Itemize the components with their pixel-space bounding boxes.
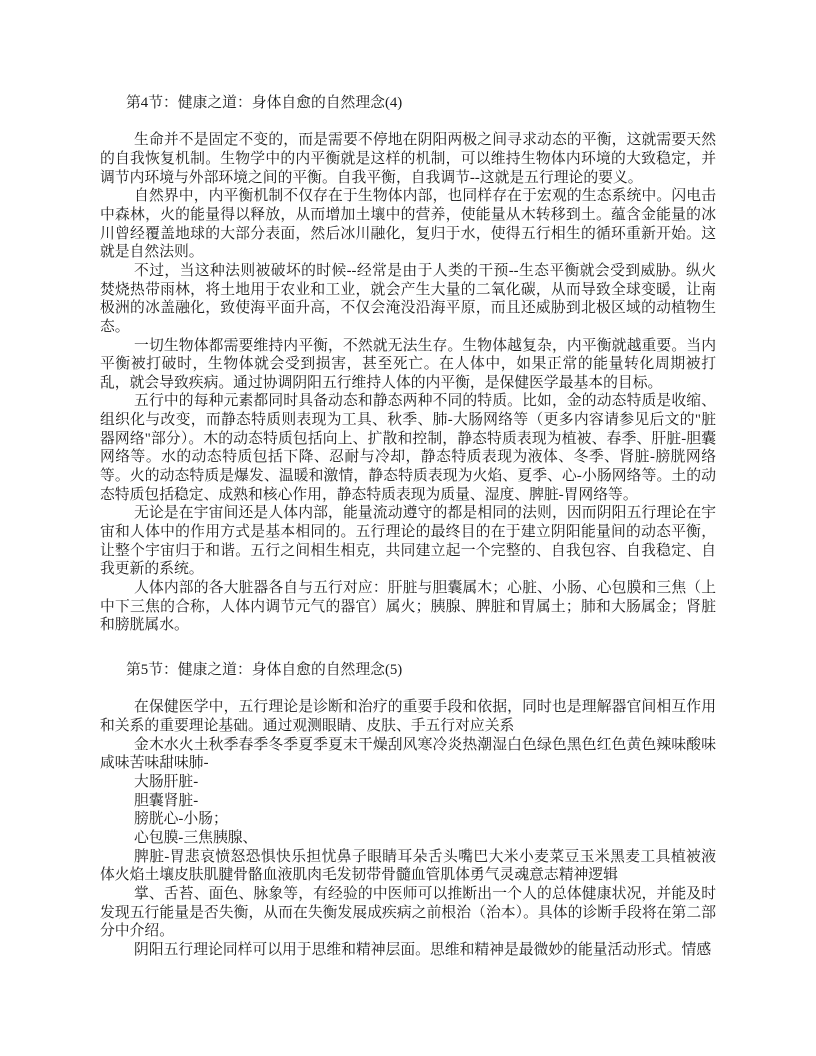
paragraph: 心包膜-三焦胰腺、: [100, 829, 716, 848]
paragraph: 自然界中，内平衡机制不仅存在于生物体内部，也同样存在于宏观的生态系统中。闪电击中…: [100, 187, 716, 262]
paragraph: 无论是在宇宙间还是人体内部，能量流动遵守的都是相同的法则，因而阴阳五行理论在宇宙…: [100, 504, 716, 579]
paragraph: 不过，当这种法则被破坏的时候--经常是由于人类的干预--生态平衡就会受到威胁。纵…: [100, 262, 716, 337]
page-content: 第4节：健康之道：身体自愈的自然理念(4) 生命并不是固定不变的，而是需要不停地…: [100, 94, 716, 960]
section-5: 第5节：健康之道：身体自愈的自然理念(5) 在保健医学中，五行理论是诊断和治疗的…: [100, 661, 716, 959]
paragraph: 大肠肝脏-: [100, 773, 716, 792]
section-5-title: 第5节：健康之道：身体自愈的自然理念(5): [100, 661, 716, 680]
paragraph: 生命并不是固定不变的，而是需要不停地在阴阳两极之间寻求动态的平衡，这就需要天然的…: [100, 131, 716, 187]
section-4: 第4节：健康之道：身体自愈的自然理念(4) 生命并不是固定不变的，而是需要不停地…: [100, 94, 716, 635]
paragraph: 膀胱心-小肠；: [100, 810, 716, 829]
paragraph: 掌、舌苔、面色、脉象等，有经验的中医师可以推断出一个人的总体健康状况，并能及时发…: [100, 885, 716, 941]
paragraph: 在保健医学中，五行理论是诊断和治疗的重要手段和依据，同时也是理解器官间相互作用和…: [100, 698, 716, 735]
paragraph: 胆囊肾脏-: [100, 792, 716, 811]
paragraph: 脾脏-胃悲哀愤怒恐惧快乐担忧鼻子眼睛耳朵舌头嘴巴大米小麦菜豆玉米黑麦工具植被液体…: [100, 848, 716, 885]
document-page: 第4节：健康之道：身体自愈的自然理念(4) 生命并不是固定不变的，而是需要不停地…: [0, 0, 816, 1056]
paragraph: 五行中的每种元素都同时具备动态和静态两种不同的特质。比如，金的动态特质是收缩、组…: [100, 392, 716, 504]
section-4-title: 第4节：健康之道：身体自愈的自然理念(4): [100, 94, 716, 113]
paragraph: 人体内部的各大脏器各自与五行对应：肝脏与胆囊属木；心脏、小肠、心包膜和三焦（上中…: [100, 579, 716, 635]
paragraph: 一切生物体都需要维持内平衡，不然就无法生存。生物体越复杂，内平衡就越重要。当内平…: [100, 337, 716, 393]
paragraph: 金木水火土秋季春季冬季夏季夏末干燥刮风寒冷炎热潮湿白色绿色黑色红色黄色辣味酸味咸…: [100, 736, 716, 773]
paragraph: 阴阳五行理论同样可以用于思维和精神层面。思维和精神是最微妙的能量活动形式。情感: [100, 941, 716, 960]
